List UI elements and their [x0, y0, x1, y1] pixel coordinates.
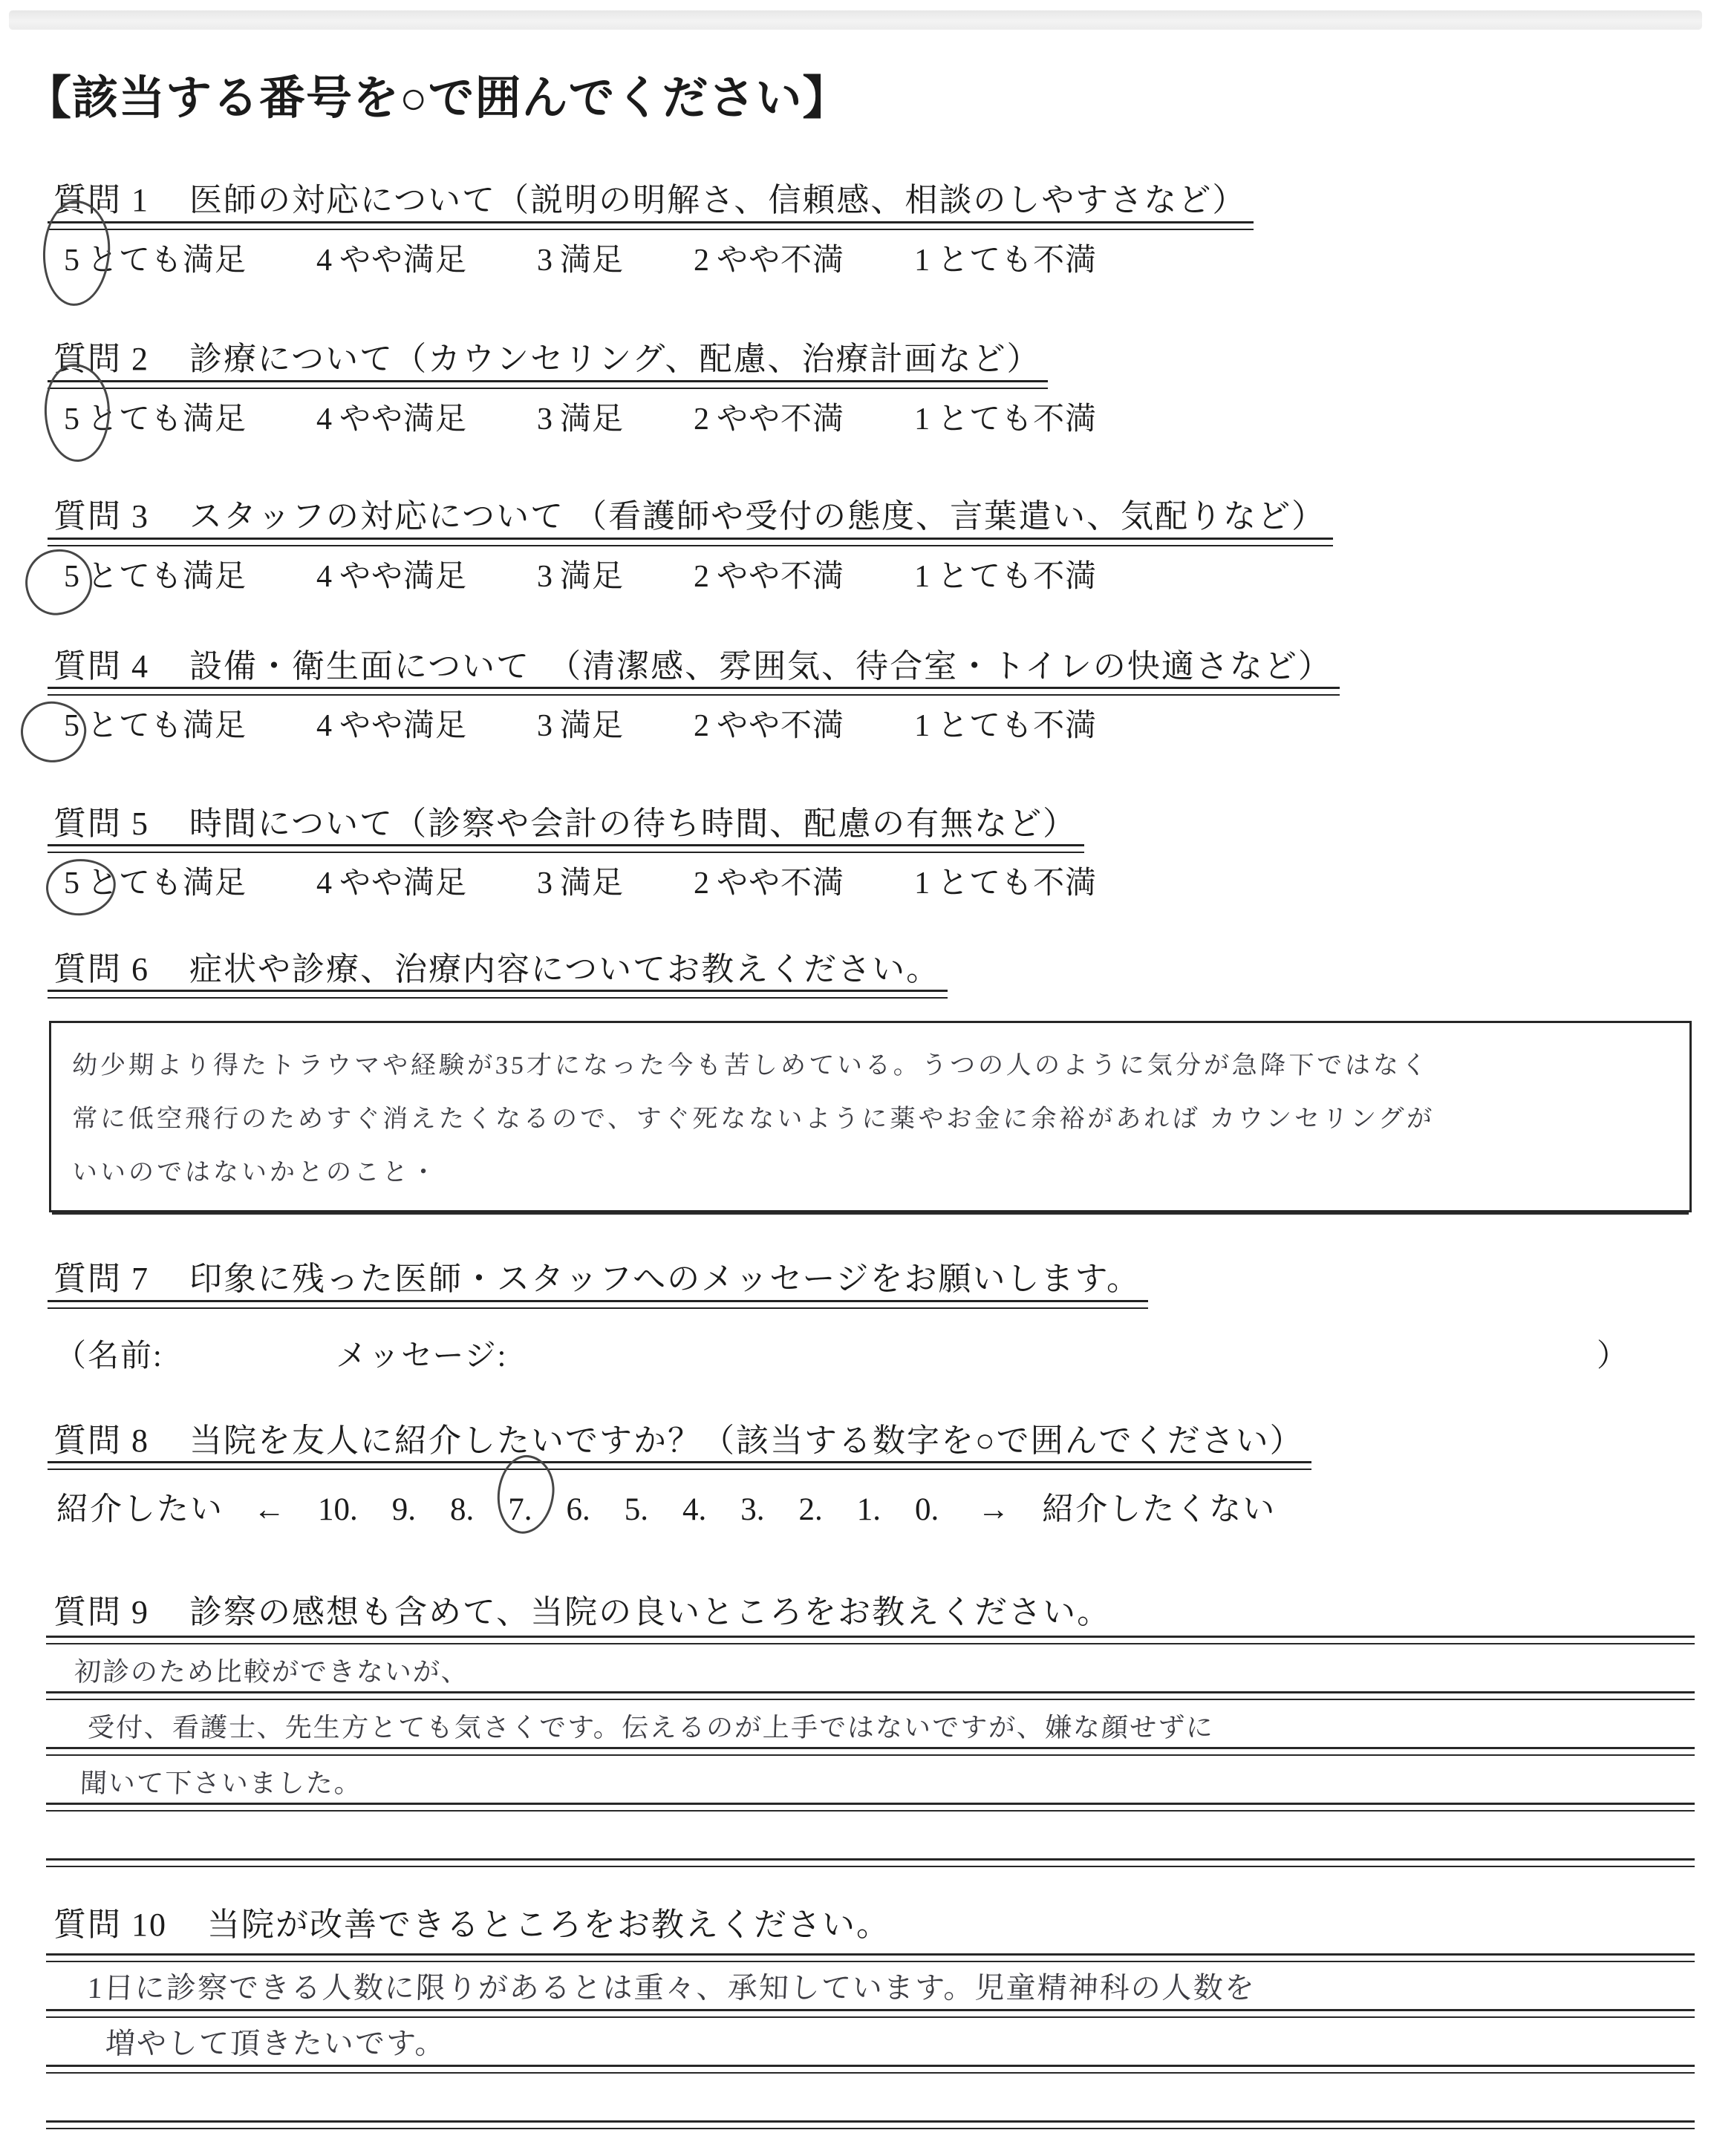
q9-answer-row-4-empty: [46, 1812, 1695, 1858]
q4-option-3: 3 満足: [537, 708, 624, 745]
question-3-section: 質問 3スタッフの対応について （看護師や受付の態度、言葉遣い、気配りなど） 5…: [53, 497, 1689, 595]
question-7-title: 印象に残った医師・スタッフへのメッセージをお願いします。: [189, 1261, 1141, 1297]
q8-scale-0: 0.: [915, 1491, 939, 1529]
question-8-title: 当院を友人に紹介したいですか？（該当する数字を○で囲んでください）: [189, 1422, 1304, 1459]
q8-scale-7-number: 7.: [508, 1492, 532, 1527]
question-6-title: 症状や診療、治療内容についてお教えください。: [189, 951, 940, 987]
q1-option-3: 3 満足: [537, 242, 624, 279]
question-4-title: 設備・衛生面について （清潔感、雰囲気、待合室・トイレの快適さなど）: [189, 648, 1332, 685]
q8-scale-row: 紹介したい ← 10. 9. 8. 7. 6. 5. 4. 3. 2. 1. 0…: [56, 1491, 1689, 1529]
question-1-title: 医師の対応について（説明の明解さ、信頼感、相談のしやすさなど）: [189, 182, 1246, 218]
q10-handwriting-line-2: 増やして頂きたいです。: [105, 2020, 447, 2062]
q4-option-5-number: 5: [64, 709, 79, 743]
question-6-number: 質問 6: [53, 951, 149, 987]
question-2-title: 診療について（カウンセリング、配慮、治療計画など）: [189, 341, 1040, 377]
q8-right-label: 紹介したくない: [1042, 1491, 1276, 1529]
q8-scale-2: 2.: [799, 1491, 823, 1529]
q1-option-4-label: やや満足: [339, 242, 467, 279]
q6-answer-box: 幼少期より得たトラウマや経験が35才になった今も苦しめている。うつの人のように気…: [49, 1021, 1692, 1212]
scanner-artifact-band: [9, 10, 1702, 30]
q6-handwriting-line-2: 常に低空飛行のためすぐ消えたくなるので、すぐ死なないように薬やお金に余裕があれば…: [71, 1093, 1672, 1146]
q1-option-5-number: 5: [64, 244, 79, 278]
q5-option-5-label: とても満足: [87, 865, 247, 902]
q1-option-5: 5 とても満足: [64, 242, 247, 279]
q5-option-3: 3 満足: [537, 865, 624, 902]
question-1-heading: 質問 1医師の対応について（説明の明解さ、信頼感、相談のしやすさなど）: [53, 181, 1246, 229]
q8-scale-9: 9.: [392, 1491, 416, 1529]
q3-option-1-number: 1: [914, 560, 930, 594]
q9-handwriting-line-1: 初診のため比較ができないが、: [74, 1651, 470, 1689]
q1-option-2: 2 やや不満: [694, 242, 844, 279]
q3-option-4: 4 やや満足: [316, 558, 467, 595]
question-8-section: 質問 8当院を友人に紹介したいですか？（該当する数字を○で囲んでください） 紹介…: [53, 1422, 1689, 1529]
q2-option-5-number: 5: [64, 402, 79, 437]
ruled-line: [46, 1691, 1695, 1700]
question-4-options: 5 とても満足 4 やや満足 3 満足 2 やや不満 1 とても不満: [64, 708, 1689, 745]
question-10-section: 質問 10当院が改善できるところをお教えください。 1日に診察できる人数に限りが…: [53, 1906, 1689, 2129]
q3-option-2: 2 やや不満: [694, 558, 844, 595]
q9-answer-row-1: 初診のため比較ができないが、: [46, 1644, 1695, 1691]
q10-answer-row-2: 増やして頂きたいです。: [46, 2018, 1695, 2065]
question-5-options: 5 とても満足 4 やや満足 3 満足 2 やや不満 1 とても不満: [64, 865, 1689, 902]
q8-left-label: 紹介したい: [56, 1491, 224, 1529]
q1-option-5-label: とても満足: [87, 242, 247, 279]
question-5-heading: 質問 5時間について（診察や会計の待ち時間、配慮の有無など）: [53, 805, 1077, 853]
question-10-heading: 質問 10当院が改善できるところをお教えください。: [53, 1906, 890, 1948]
q5-option-4-number: 4: [316, 866, 332, 901]
q5-option-1: 1 とても不満: [914, 865, 1097, 902]
q4-option-2: 2 やや不満: [694, 708, 844, 745]
q2-option-2-label: やや不満: [717, 401, 844, 438]
q2-option-2-number: 2: [694, 402, 709, 437]
q7-name-field-label: （名前:: [55, 1339, 163, 1373]
q8-scale-7: 7.: [508, 1491, 532, 1529]
question-1-number: 質問 1: [53, 182, 149, 218]
q5-option-4-label: やや満足: [339, 865, 467, 902]
question-8-number: 質問 8: [53, 1422, 149, 1459]
q4-option-1: 1 とても不満: [914, 708, 1097, 745]
ruled-line: [46, 2065, 1695, 2074]
q2-option-5-label: とても満足: [87, 401, 247, 438]
q2-option-1-label: とても不満: [937, 401, 1097, 438]
ruled-line: [46, 2120, 1695, 2129]
q4-option-3-number: 3: [537, 709, 553, 743]
question-3-number: 質問 3: [53, 498, 149, 535]
question-5-section: 質問 5時間について（診察や会計の待ち時間、配慮の有無など） 5 とても満足 4…: [53, 805, 1689, 903]
q2-option-1: 1 とても不満: [914, 401, 1097, 438]
q4-option-4: 4 やや満足: [316, 708, 467, 745]
question-4-heading: 質問 4設備・衛生面について （清潔感、雰囲気、待合室・トイレの快適さなど）: [53, 647, 1332, 696]
q1-option-2-label: やや不満: [717, 242, 844, 279]
question-1-options: 5 とても満足 4 やや満足 3 満足 2 やや不満 1 とても不満: [64, 242, 1689, 279]
q9-answer-row-2: 受付、看護士、先生方とても気さくです。伝えるのが上手ではないですが、嫌な顔せずに: [46, 1700, 1695, 1747]
question-9-section: 質問 9診察の感想も含めて、当院の良いところをお教えください。 初診のため比較が…: [53, 1593, 1689, 1867]
q9-answer-area: 初診のため比較ができないが、 受付、看護士、先生方とても気さくです。伝えるのが上…: [46, 1636, 1695, 1867]
q5-option-5: 5 とても満足: [64, 865, 247, 902]
ruled-line: [46, 1803, 1695, 1812]
question-2-heading: 質問 2診療について（カウンセリング、配慮、治療計画など）: [53, 340, 1040, 388]
q8-scale-3: 3.: [740, 1491, 764, 1529]
q1-option-4-number: 4: [316, 244, 332, 278]
q8-scale-6: 6.: [567, 1491, 590, 1529]
q3-option-5-number: 5: [64, 560, 79, 594]
q7-message-field-label: メッセージ:: [336, 1339, 507, 1373]
q2-option-4: 4 やや満足: [316, 401, 467, 438]
q10-handwriting-line-1: 1日に診察できる人数に限りがあるとは重々、承知しています。児童精神科の人数を: [87, 1964, 1257, 2007]
q1-option-2-number: 2: [694, 244, 709, 278]
q8-scale-4: 4.: [682, 1491, 706, 1529]
q3-option-4-number: 4: [316, 560, 332, 594]
q7-closing-paren: ）: [1597, 1331, 1629, 1376]
q9-handwriting-line-2: 受付、看護士、先生方とても気さくです。伝えるのが上手ではないですが、嫌な顔せずに: [87, 1707, 1215, 1745]
q2-option-5: 5 とても満足: [64, 401, 247, 438]
question-7-section: 質問 7印象に残った医師・スタッフへのメッセージをお願いします。 （名前: メッ…: [53, 1260, 1689, 1373]
q4-option-2-label: やや不満: [717, 708, 844, 745]
q1-option-3-label: 満足: [560, 242, 624, 279]
question-7-number: 質問 7: [53, 1261, 149, 1297]
question-10-number: 質問 10: [53, 1907, 167, 1943]
q7-fields-row: （名前: メッセージ: ）: [55, 1331, 1689, 1374]
q1-option-1-label: とても不満: [937, 242, 1097, 279]
question-6-section: 質問 6症状や診療、治療内容についてお教えください。 幼少期より得たトラウマや経…: [53, 950, 1689, 1212]
q5-option-3-label: 満足: [560, 865, 624, 902]
q3-option-2-label: やや不満: [717, 558, 844, 595]
q1-option-1-number: 1: [914, 244, 930, 278]
q1-option-3-number: 3: [537, 244, 553, 278]
q8-scale-10: 10.: [318, 1491, 358, 1529]
q6-handwriting-line-1: 幼少期より得たトラウマや経験が35才になった今も苦しめている。うつの人のように気…: [71, 1039, 1672, 1093]
q5-option-5-number: 5: [64, 866, 79, 901]
q5-option-3-number: 3: [537, 866, 553, 901]
q5-option-1-label: とても不満: [937, 865, 1097, 902]
question-3-heading: 質問 3スタッフの対応について （看護師や受付の態度、言葉遣い、気配りなど）: [53, 497, 1326, 546]
q4-option-3-label: 満足: [560, 708, 624, 745]
question-2-number: 質問 2: [53, 341, 149, 377]
q8-scale-8: 8.: [450, 1491, 474, 1529]
q3-option-3-number: 3: [537, 560, 553, 594]
question-4-section: 質問 4設備・衛生面について （清潔感、雰囲気、待合室・トイレの快適さなど） 5…: [53, 647, 1689, 745]
q2-option-3: 3 満足: [537, 401, 624, 438]
right-arrow-icon: →: [977, 1491, 1009, 1529]
q10-answer-row-3-empty: [46, 2074, 1695, 2120]
q4-option-5-label: とても満足: [87, 708, 247, 745]
q3-option-5-label: とても満足: [87, 558, 247, 595]
question-6-heading: 質問 6症状や診療、治療内容についてお教えください。: [53, 950, 940, 999]
ruled-line: [46, 1858, 1695, 1867]
q4-option-4-label: やや満足: [339, 708, 467, 745]
q3-option-5: 5 とても満足: [64, 558, 247, 595]
question-9-heading: 質問 9診察の感想も含めて、当院の良いところをお教えください。: [53, 1593, 1111, 1636]
q2-option-3-number: 3: [537, 402, 553, 437]
question-2-options: 5 とても満足 4 やや満足 3 満足 2 やや不満 1 とても不満: [64, 401, 1689, 438]
q10-answer-area: 1日に診察できる人数に限りがあるとは重々、承知しています。児童精神科の人数を 増…: [46, 1953, 1695, 2129]
q2-option-3-label: 満足: [560, 401, 624, 438]
q1-option-5-number-wrap: 5: [64, 242, 79, 279]
q3-option-3-label: 満足: [560, 558, 624, 595]
ruled-line: [46, 1953, 1695, 1962]
q10-answer-row-1: 1日に診察できる人数に限りがあるとは重々、承知しています。児童精神科の人数を: [46, 1962, 1695, 2009]
q1-option-4: 4 やや満足: [316, 242, 467, 279]
question-3-options: 5 とても満足 4 やや満足 3 満足 2 やや不満 1 とても不満: [64, 558, 1689, 595]
q4-option-1-label: とても不満: [937, 708, 1097, 745]
question-1-section: 質問 1医師の対応について（説明の明解さ、信頼感、相談のしやすさなど） 5 とて…: [53, 181, 1689, 279]
q9-answer-row-3: 聞いて下さいました。: [46, 1756, 1695, 1803]
q3-option-2-number: 2: [694, 560, 709, 594]
q2-option-4-label: やや満足: [339, 401, 467, 438]
q5-option-2-label: やや不満: [717, 865, 844, 902]
page-title: 【該当する番号を○で囲んでください】: [25, 71, 1689, 126]
q5-option-2-number: 2: [694, 866, 709, 901]
left-arrow-icon: ←: [253, 1491, 285, 1529]
q3-option-4-label: やや満足: [339, 558, 467, 595]
q8-scale-1: 1.: [857, 1491, 881, 1529]
question-9-title: 診察の感想も含めて、当院の良いところをお教えください。: [189, 1594, 1111, 1630]
q5-option-1-number: 1: [914, 866, 930, 901]
q9-handwriting-line-3: 聞いて下さいました。: [79, 1763, 363, 1800]
q3-option-1-label: とても不満: [937, 558, 1097, 595]
q4-option-2-number: 2: [694, 709, 709, 743]
question-5-title: 時間について（診察や会計の待ち時間、配慮の有無など）: [189, 806, 1077, 842]
question-4-number: 質問 4: [53, 648, 149, 685]
q5-option-2: 2 やや不満: [694, 865, 844, 902]
question-7-heading: 質問 7印象に残った医師・スタッフへのメッセージをお願いします。: [53, 1260, 1141, 1308]
q3-option-3: 3 満足: [537, 558, 624, 595]
q3-handwritten-circle-mark: [22, 545, 96, 618]
q4-option-1-number: 1: [914, 709, 930, 743]
q2-option-1-number: 1: [914, 402, 930, 437]
question-8-heading: 質問 8当院を友人に紹介したいですか？（該当する数字を○で囲んでください）: [53, 1422, 1304, 1470]
ruled-line: [46, 1636, 1695, 1644]
q3-option-1: 1 とても不満: [914, 558, 1097, 595]
question-2-section: 質問 2診療について（カウンセリング、配慮、治療計画など） 5 とても満足 4 …: [53, 340, 1689, 438]
q5-option-4: 4 やや満足: [316, 865, 467, 902]
question-5-number: 質問 5: [53, 806, 149, 842]
question-9-number: 質問 9: [53, 1594, 149, 1630]
q4-option-4-number: 4: [316, 709, 332, 743]
ruled-line: [46, 2009, 1695, 2018]
q2-option-2: 2 やや不満: [694, 401, 844, 438]
q1-option-1: 1 とても不満: [914, 242, 1097, 279]
q8-scale-5: 5.: [625, 1491, 648, 1529]
q6-handwriting-line-3: いいのではないかとのこと・: [71, 1146, 1672, 1200]
question-3-title: スタッフの対応について （看護師や受付の態度、言葉遣い、気配りなど）: [189, 498, 1326, 535]
question-10-title: 当院が改善できるところをお教えください。: [207, 1907, 890, 1943]
ruled-line: [46, 1747, 1695, 1756]
q2-option-4-number: 4: [316, 402, 332, 437]
q4-option-5: 5 とても満足: [64, 708, 247, 745]
